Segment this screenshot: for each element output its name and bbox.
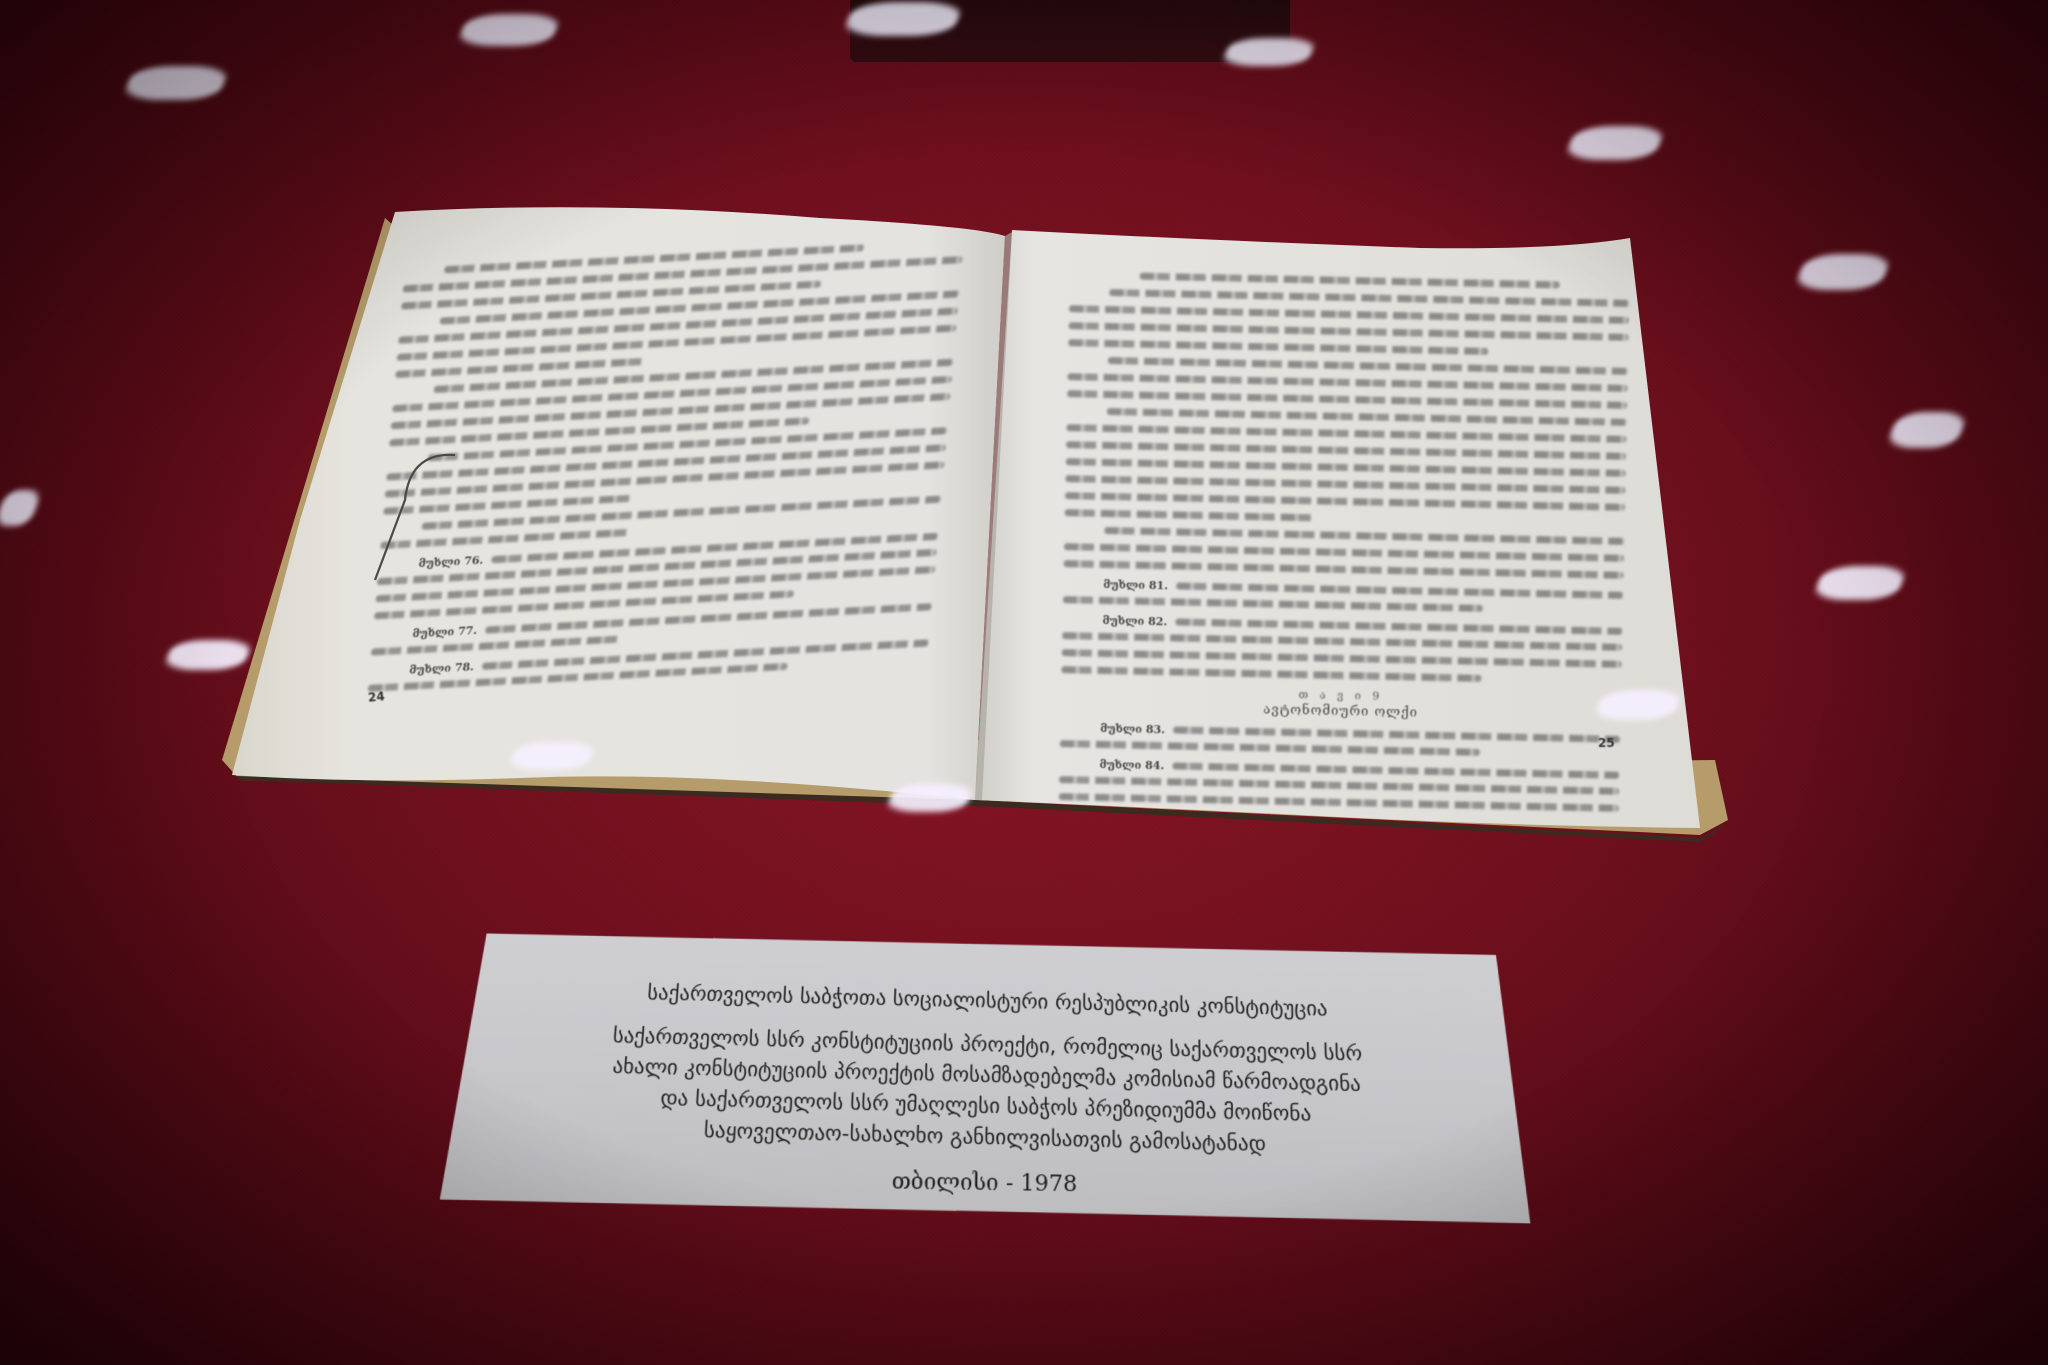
- page-number-left: 24: [367, 689, 385, 704]
- caption-card: საქართველოს საბჭოთა სოციალისტური რესპუბლ…: [439, 933, 1530, 1223]
- page-number-right: 25: [1598, 736, 1615, 750]
- caption-body: საქართველოს სსრ კონსტიტუციის პროექტი, რო…: [445, 1017, 1526, 1166]
- right-page: მუხლი 81. მუხლი 82. თ ა ვ ი 9 ავტონომიურ…: [1060, 269, 1630, 741]
- left-page: მუხლი 76. მუხლი 77. მუხლი 78.: [366, 239, 964, 711]
- caption-place-year: თბილისი - 1978: [441, 1160, 1530, 1207]
